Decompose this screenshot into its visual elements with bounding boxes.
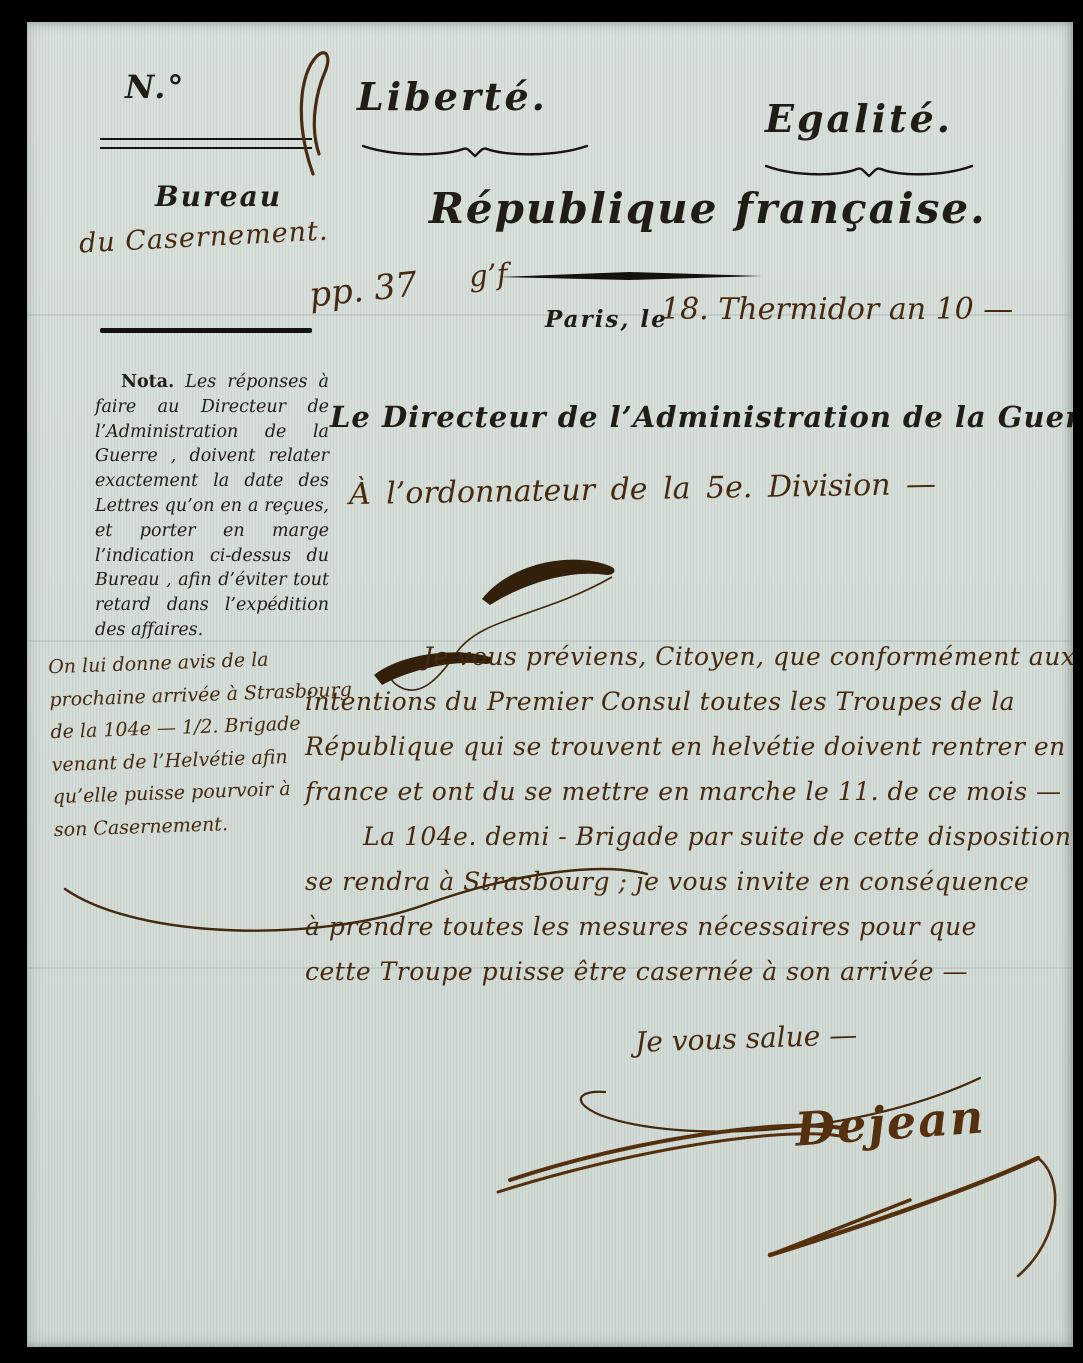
paris-le-label: Paris, le (545, 306, 668, 333)
body-line: france et ont du se mettre en marche le … (305, 769, 1065, 814)
closing-salutation: Je vous salue — (634, 1018, 857, 1059)
body-line: se rendra à Strasbourg ; je vous invite … (305, 859, 1065, 904)
addressee-line: À l’ordonnateur de la 5e. Division — (349, 467, 937, 512)
nota-text: Les réponses à faire au Directeur de l’A… (95, 372, 329, 640)
registry-mark: pp. 37 (307, 264, 419, 315)
body-line: République qui se trouvent en helvétie d… (305, 724, 1065, 769)
nota-block: Nota. Les réponses à faire au Directeur … (95, 370, 329, 643)
sender-title: Le Directeur de l’Administration de la G… (330, 400, 1073, 434)
scan-background: { "document": { "no_label": "N.°", "libe… (0, 0, 1083, 1363)
egalite-heading: Egalité. (765, 96, 953, 141)
egalite-brace (763, 158, 975, 182)
document-page: N.° Liberté. Egalité. République françai… (27, 22, 1073, 1347)
nota-label: Nota. (121, 372, 174, 392)
liberte-brace (360, 138, 590, 162)
body-line: à prendre toutes les mesures nécessaires… (305, 904, 1065, 949)
paraph-flourish (275, 44, 345, 186)
bureau-handwritten: du Casernement. (78, 215, 329, 259)
letter-body: Je vous préviens, Citoyen, que conformém… (305, 634, 1065, 994)
body-line: Je vous préviens, Citoyen, que conformém… (305, 634, 1065, 679)
date-rule (497, 272, 762, 280)
number-label: N.° (125, 68, 185, 106)
body-line: cette Troupe puisse être casernée à son … (305, 949, 1065, 994)
body-line: intentions du Premier Consul toutes les … (305, 679, 1065, 724)
body-line: La 104e. demi - Brigade par suite de cet… (305, 814, 1065, 859)
bureau-label: Bureau (155, 180, 282, 213)
republique-heading: République française. (429, 184, 987, 233)
bureau-rule (100, 328, 312, 333)
date-handwritten: 18. Thermidor an 10 — (661, 292, 1013, 327)
liberte-heading: Liberté. (357, 74, 548, 119)
